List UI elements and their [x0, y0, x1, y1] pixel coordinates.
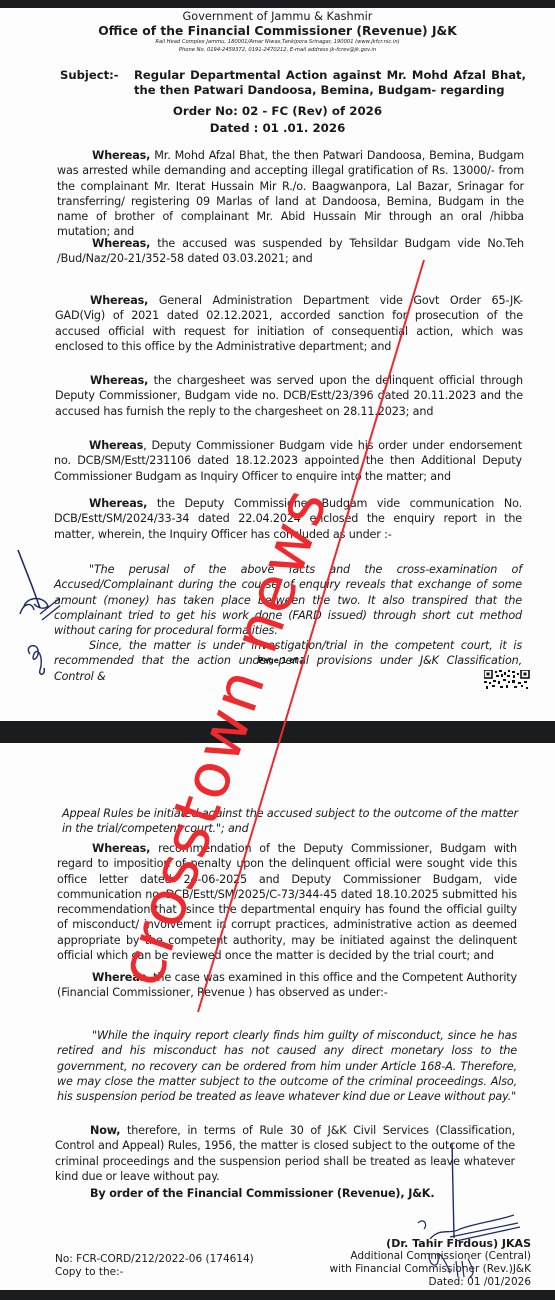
header-office: Office of the Financial Commissioner (Re… [0, 24, 555, 38]
signatory-office: with Financial Commissioner (Rev.)J&K [330, 1263, 532, 1276]
paragraph-text: Mr. Mohd Afzal Bhat, the then Patwari Da… [57, 149, 524, 238]
qr-code-icon [484, 670, 530, 690]
signatory-designation: Additional Commissioner (Central) [330, 1250, 532, 1263]
quote-text: "While the inquiry report clearly finds … [57, 1029, 517, 1103]
paragraph-enquiry-report: Whereas, the Deputy Commissioner Budgam … [54, 496, 522, 542]
signatory-name: (Dr. Tahir Firdous) JKAS [330, 1237, 532, 1250]
paragraph-lead: Whereas, [92, 842, 150, 855]
memo-number: No: FCR-CORD/212/2022-06 (174614) [55, 1253, 254, 1266]
page-number: Page 1 of 2 [258, 656, 306, 665]
paragraph-lead: Whereas, [90, 374, 148, 387]
paragraph-dc-recommendation: Whereas, recommendation of the Deputy Co… [57, 841, 517, 963]
paragraph-now-therefore: Now, therefore, in terms of Rule 30 of J… [55, 1123, 515, 1184]
by-order-line: By order of the Financial Commissioner (… [90, 1186, 490, 1201]
paragraph-inquiry-officer: Whereas, Deputy Commissioner Budgam vide… [54, 438, 522, 484]
paragraph-lead: Whereas, [90, 294, 148, 307]
header-government: Government of Jammu & Kashmir [0, 10, 555, 23]
paragraph-text: therefore, in terms of Rule 30 of J&K Ci… [55, 1124, 515, 1183]
paragraph-gad-sanction: Whereas, General Administration Departme… [55, 293, 523, 354]
document-page-1: Government of Jammu & Kashmir Office of … [0, 8, 555, 721]
document-page-2: Appeal Rules be initiated against the ac… [0, 743, 555, 1290]
paragraph-lead: Whereas, [89, 497, 147, 510]
handwritten-initials-icon [10, 546, 60, 686]
signature-block: (Dr. Tahir Firdous) JKAS Additional Comm… [330, 1237, 532, 1289]
paragraph-lead: Whereas [92, 971, 146, 984]
page2-continuation: Appeal Rules be initiated against the ac… [62, 806, 518, 837]
order-number: Order No: 02 - FC (Rev) of 2026 [0, 104, 555, 118]
paragraph-lead: Now, [90, 1124, 120, 1137]
signatory-dated: Dated: 01 /01/2026 [330, 1276, 532, 1289]
subject-text: Regular Departmental Action against Mr. … [134, 68, 526, 98]
header-address: Rail Head Complex Jammu, 180001/Amar Niw… [0, 39, 555, 45]
quote-text: "The perusal of the above facts and the … [54, 563, 522, 637]
inquiry-officer-quote: "The perusal of the above facts and the … [54, 562, 522, 638]
paragraph-lead: Whereas [89, 439, 143, 452]
copy-to: Copy to the:- [55, 1266, 254, 1279]
header-contact: Phone No. 0194-2459372, 0191-2470212, E-… [0, 47, 555, 53]
paragraph-chargesheet: Whereas, the chargesheet was served upon… [55, 373, 523, 419]
paragraph-arrest: Whereas, Mr. Mohd Afzal Bhat, the then P… [57, 148, 524, 240]
subject-label: Subject:- [60, 68, 119, 82]
paragraph-competent-authority: Whereas, the case was examined in this o… [57, 970, 517, 1001]
memo-block: No: FCR-CORD/212/2022-06 (174614) Copy t… [55, 1253, 254, 1279]
paragraph-suspension: Whereas, the accused was suspended by Te… [57, 236, 524, 267]
paragraph-text: recommendation of the Deputy Commissione… [57, 842, 517, 962]
financial-commissioner-quote: "While the inquiry report clearly finds … [57, 1028, 517, 1104]
paragraph-lead: Whereas, [92, 149, 150, 162]
paragraph-lead: Whereas, [92, 237, 150, 250]
order-date: Dated : 01 .01. 2026 [0, 121, 555, 135]
